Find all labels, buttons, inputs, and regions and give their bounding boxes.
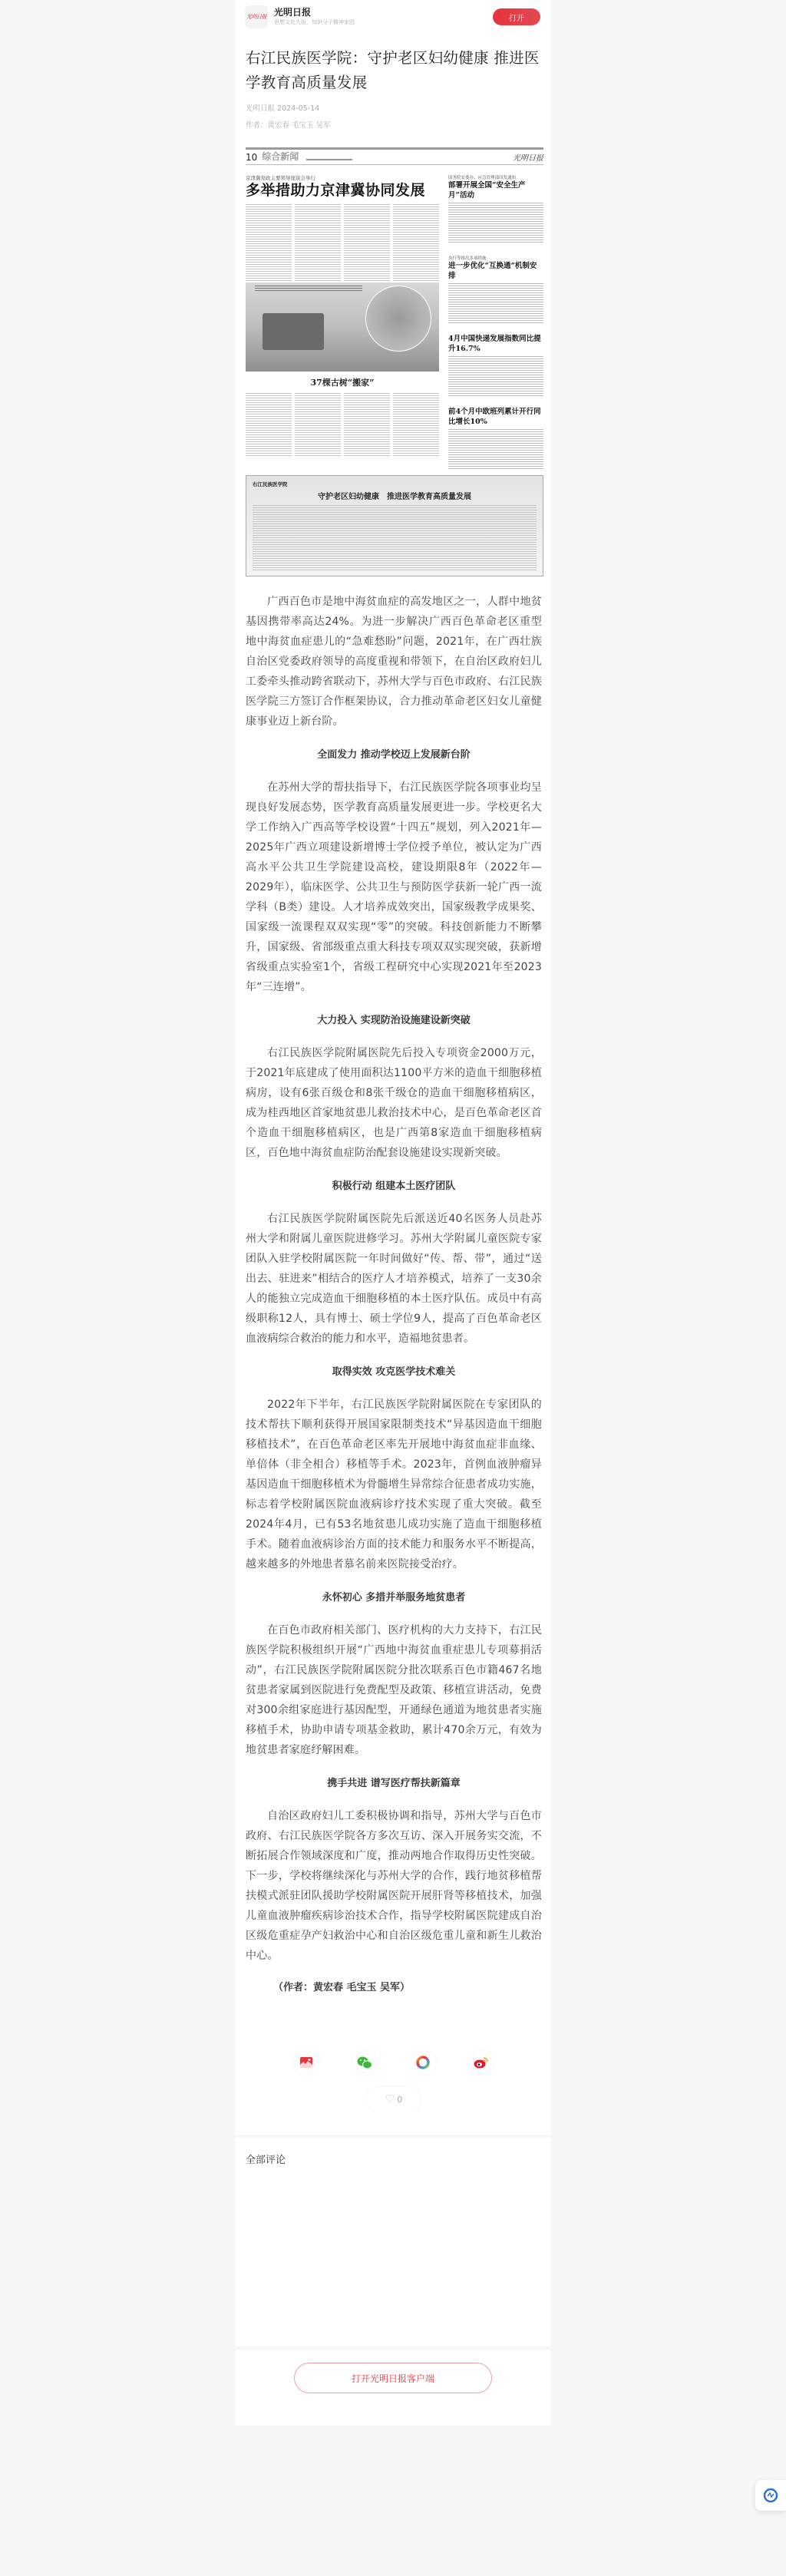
newspaper-masthead: 光明日报 bbox=[513, 151, 543, 163]
newspaper-left-column: 京津冀党政主要领导座谈会举行 多举措助力京津冀协同发展 37棵古树“搬家” bbox=[246, 170, 439, 469]
brand-name: 光明日报 bbox=[274, 7, 493, 18]
page-container: 光明日报 光明日报 思想文化大报，知识分子精神家园 打开 右江民族医学院：守护老… bbox=[236, 0, 550, 2426]
brand-info: 光明日报 思想文化大报，知识分子精神家园 bbox=[274, 7, 493, 27]
newspaper-header: 10 综合新闻 光明日报 bbox=[246, 150, 543, 165]
right-text bbox=[448, 429, 543, 469]
text-column bbox=[246, 204, 292, 282]
newspaper-page-number: 10 bbox=[246, 152, 257, 163]
lead-headline: 多举措助力京津冀协同发展 bbox=[246, 181, 439, 200]
right-headline: 进一步优化“互换通”机制安排 bbox=[448, 261, 543, 281]
newspaper-page-image[interactable]: 10 综合新闻 光明日报 京津冀党政主要领导座谈会举行 多举措助力京津冀协同发展 bbox=[246, 147, 543, 576]
right-kicker: 央行等推出多项措施 bbox=[448, 255, 543, 261]
app-download-banner: 光明日报 光明日报 思想文化大报，知识分子精神家园 打开 bbox=[236, 0, 550, 34]
text-column bbox=[344, 204, 390, 282]
section-heading: 积极行动 组建本土医疗团队 bbox=[246, 1178, 542, 1195]
open-client-button[interactable]: 打开光明日报客户端 bbox=[294, 2363, 492, 2393]
floating-assistant-button[interactable] bbox=[755, 2480, 786, 2511]
right-text bbox=[448, 356, 543, 396]
poster-image-icon bbox=[300, 2057, 312, 2068]
sub-text-columns bbox=[246, 393, 439, 456]
text-column bbox=[295, 204, 341, 282]
photo-caption bbox=[255, 286, 362, 292]
sub-headline: 37棵古树“搬家” bbox=[246, 376, 439, 388]
article-meta: 光明日报 2024-05-14 作者：黄宏春 毛宝玉 吴军 bbox=[246, 103, 542, 132]
like-count: 0 bbox=[397, 2095, 402, 2105]
article-body: 广西百色市是地中海贫血症的高发地区之一，人群中地贫基因携带率高达24%。为进一步… bbox=[246, 576, 542, 1996]
right-headline: 4月中国快递发展指数同比提升16.7% bbox=[448, 334, 543, 354]
assistant-icon bbox=[763, 2488, 778, 2503]
paragraph: 自治区政府妇儿工委积极协调和指导，苏州大学与百色市政府、右江民族医学院各方多次互… bbox=[246, 1806, 542, 1966]
paragraph: 在百色市政府相关部门、医疗机构的大力支持下，右江民族医学院积极组织开展“广西地中… bbox=[246, 1620, 542, 1760]
share-bar bbox=[246, 2050, 542, 2075]
paragraph: 广西百色市是地中海贫血症的高发地区之一，人群中地贫基因携带率高达24%。为进一步… bbox=[246, 592, 542, 732]
newspaper-dateline bbox=[306, 159, 352, 160]
spacer bbox=[246, 2112, 542, 2135]
brand-slogan: 思想文化大报，知识分子精神家园 bbox=[274, 18, 493, 27]
right-text bbox=[448, 203, 543, 243]
newspaper-section: 综合新闻 bbox=[262, 150, 299, 163]
text-column bbox=[246, 393, 292, 456]
share-weibo-button[interactable] bbox=[469, 2050, 494, 2075]
text-column bbox=[393, 393, 439, 456]
harvest-photo bbox=[246, 282, 439, 372]
right-kicker: 国务院安委办、应急管理部印发通知 bbox=[448, 174, 543, 180]
paragraph: 2022年下半年，右江民族医学院附属医院在专家团队的技术帮扶下顺利获得开展国家限… bbox=[246, 1395, 542, 1574]
section-heading: 取得实效 攻克医学技术难关 bbox=[246, 1364, 542, 1381]
weibo-icon bbox=[474, 2056, 489, 2069]
authors: 作者：黄宏春 毛宝玉 吴军 bbox=[246, 120, 542, 132]
moments-icon bbox=[416, 2056, 430, 2069]
right-text bbox=[448, 283, 543, 323]
ad-school-name: 右江民族医学院 bbox=[253, 481, 537, 487]
article-title: 右江民族医学院：守护老区妇幼健康 推进医学教育高质量发展 bbox=[246, 46, 542, 95]
text-column bbox=[344, 393, 390, 456]
wechat-icon bbox=[357, 2056, 372, 2069]
comments-title: 全部评论 bbox=[246, 2152, 540, 2166]
source-date: 光明日报 2024-05-14 bbox=[246, 103, 542, 115]
comments-section: 全部评论 bbox=[236, 2138, 550, 2346]
section-heading: 携手共进 谱写医疗帮扶新篇章 bbox=[246, 1775, 542, 1792]
section-heading: 全面发力 推动学校迈上发展新台阶 bbox=[246, 747, 542, 764]
app-logo: 光明日报 bbox=[245, 5, 268, 28]
ad-text bbox=[253, 505, 537, 571]
section-heading: 永怀初心 多措并举服务地贫患者 bbox=[246, 1590, 542, 1607]
newspaper-ad-block: 右江民族医学院 守护老区妇幼健康 推进医学教育高质量发展 bbox=[246, 475, 543, 576]
right-headline: 前4个月中欧班列累计开行同比增长10% bbox=[448, 407, 543, 427]
text-column bbox=[393, 204, 439, 282]
lead-kicker: 京津冀党政主要领导座谈会举行 bbox=[246, 174, 439, 181]
paragraph: 在苏州大学的帮扶指导下，右江民族医学院各项事业均呈现良好发展态势，医学教育高质量… bbox=[246, 778, 542, 997]
author-signature: （作者：黄宏春 毛宝玉 吴军） bbox=[246, 1980, 542, 1996]
share-moments-button[interactable] bbox=[411, 2050, 435, 2075]
share-wechat-button[interactable] bbox=[352, 2050, 377, 2075]
paragraph: 右江民族医学院附属医院先后投入专项资金2000万元，于2021年底建成了使用面积… bbox=[246, 1043, 542, 1163]
section-heading: 大力投入 实现防治设施建设新突破 bbox=[246, 1012, 542, 1029]
text-column bbox=[295, 393, 341, 456]
heart-icon: ♡ bbox=[385, 2093, 395, 2105]
article: 右江民族医学院：守护老区妇幼健康 推进医学教育高质量发展 光明日报 2024-0… bbox=[236, 34, 550, 2135]
footer-bar: 打开光明日报客户端 bbox=[236, 2350, 550, 2426]
newspaper-right-column: 国务院安委办、应急管理部印发通知 部署开展全国“安全生产月”活动 央行等推出多项… bbox=[448, 170, 543, 469]
like-button[interactable]: ♡ 0 bbox=[367, 2087, 421, 2112]
ad-title: 守护老区妇幼健康 推进医学教育高质量发展 bbox=[253, 490, 537, 501]
right-headline: 部署开展全国“安全生产月”活动 bbox=[448, 180, 543, 200]
open-app-button[interactable]: 打开 bbox=[493, 8, 540, 25]
lead-text-columns bbox=[246, 204, 439, 282]
share-poster-button[interactable] bbox=[294, 2050, 319, 2075]
newspaper-body: 京津冀党政主要领导座谈会举行 多举措助力京津冀协同发展 37棵古树“搬家” bbox=[246, 165, 543, 469]
paragraph: 右江民族医学院附属医院先后派送近40名医务人员赴苏州大学和附属儿童医院进修学习。… bbox=[246, 1209, 542, 1349]
